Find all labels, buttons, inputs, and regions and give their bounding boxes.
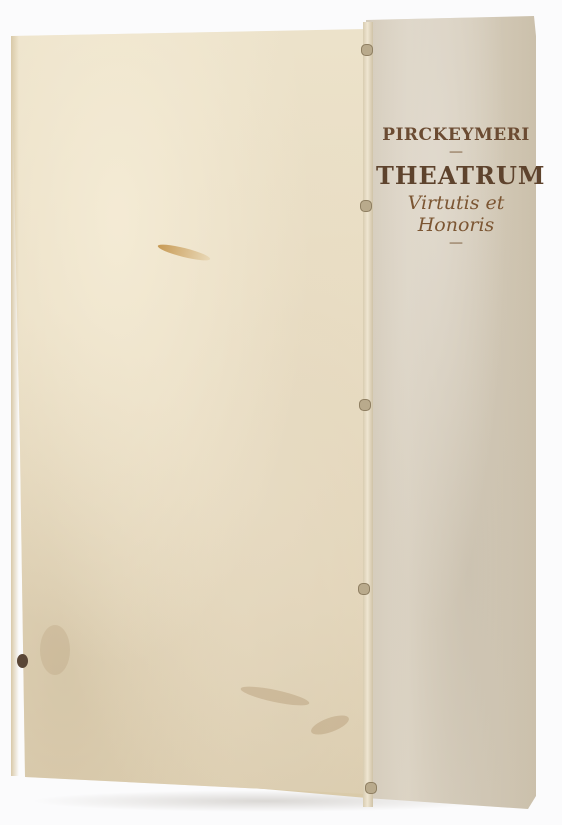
spine-separator: — bbox=[376, 145, 536, 159]
spine-separator: — bbox=[376, 236, 536, 250]
binding-tie bbox=[365, 782, 377, 794]
binding-tie bbox=[360, 200, 372, 212]
spine-author: PIRCKEYMERI bbox=[376, 125, 536, 145]
book-photo: PIRCKEYMERI — THEATRUM Virtutis et Honor… bbox=[0, 0, 562, 825]
cover-mark bbox=[17, 654, 28, 668]
binding-tie bbox=[358, 583, 370, 595]
binding-tie bbox=[361, 44, 373, 56]
spine-subtitle-1: Virtutis et bbox=[376, 192, 536, 214]
binding-tie bbox=[359, 399, 371, 411]
spine-title: PIRCKEYMERI — THEATRUM Virtutis et Honor… bbox=[376, 125, 536, 250]
spine-title-main: THEATRUM bbox=[376, 161, 536, 190]
spine-subtitle-2: Honoris bbox=[376, 214, 536, 236]
cover-stain bbox=[40, 625, 70, 675]
front-cover bbox=[11, 29, 366, 794]
spine-joint bbox=[363, 22, 373, 807]
